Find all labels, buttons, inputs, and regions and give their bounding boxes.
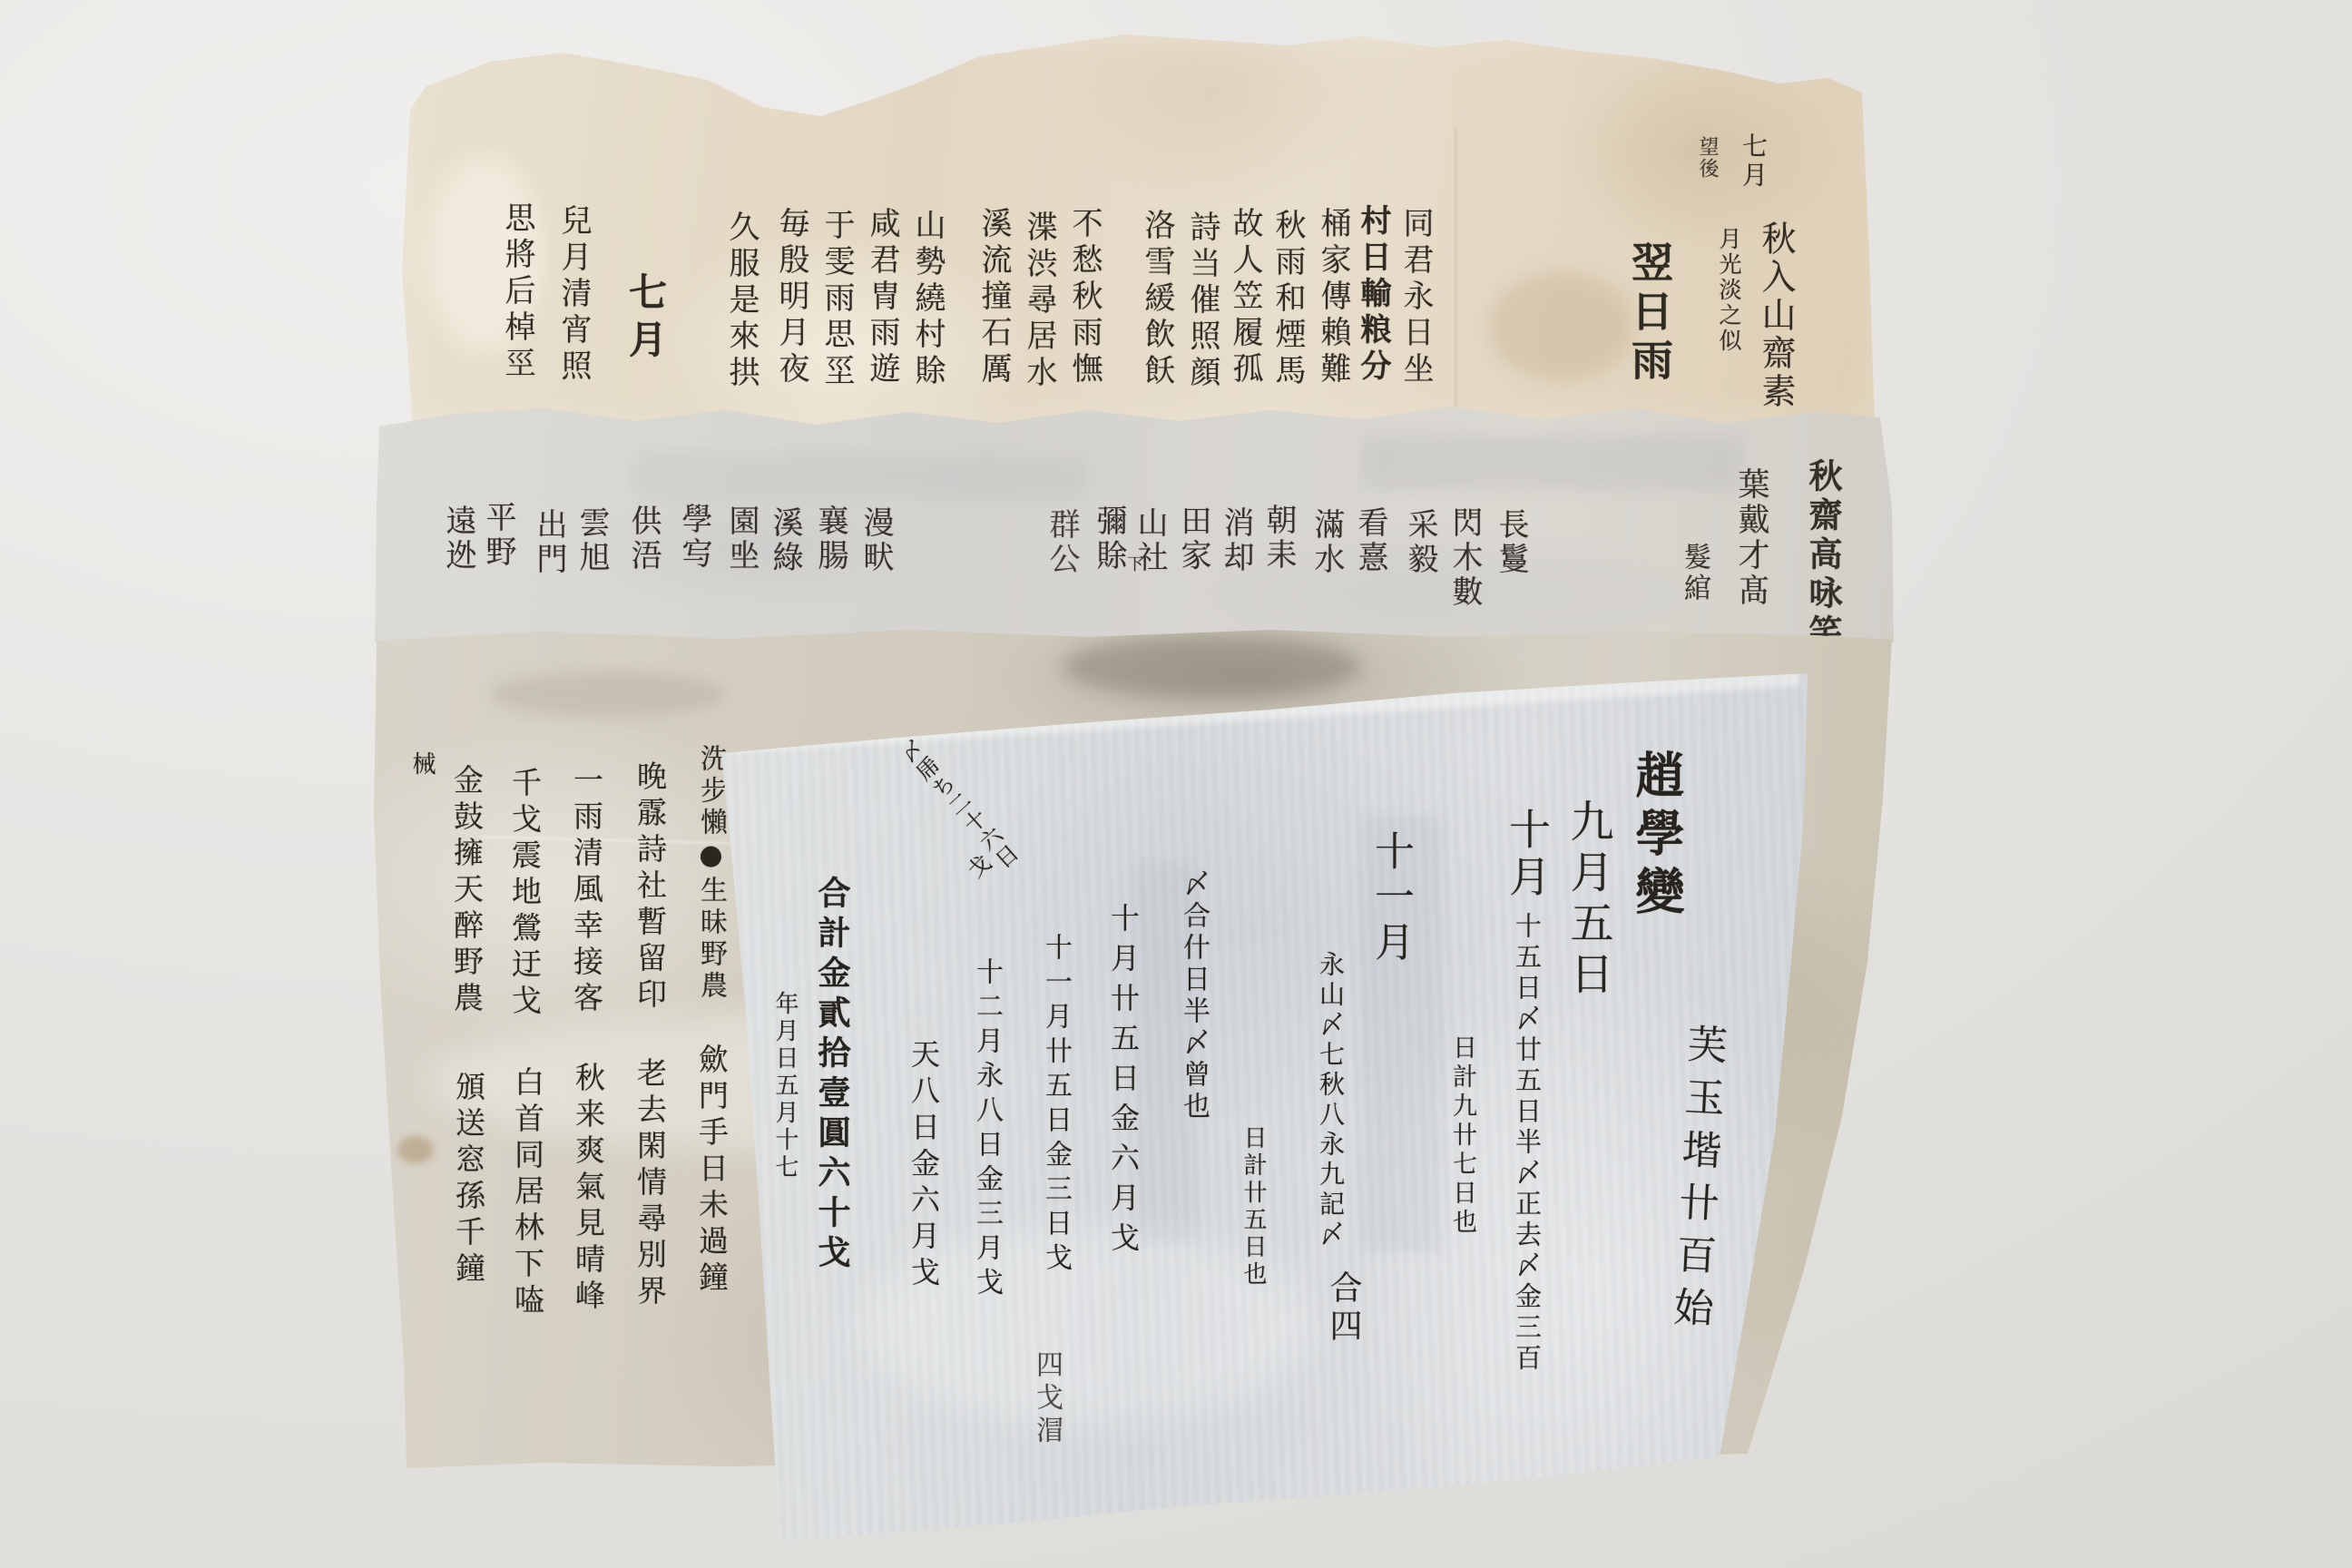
manuscript-sheet-a: 七月 望後 秋入山齋素 月光淡之似 翌日雨 同君永日坐 村日輸粮分 桶家傳賴難 … bbox=[402, 33, 1877, 428]
hanja-column: 洗步懶●生昧野農 bbox=[697, 744, 724, 1003]
hanja-column: 渫渋尋居水 bbox=[1024, 211, 1054, 392]
diagonal-annotation: 〆乕ち二十六日 bbox=[895, 737, 1022, 874]
hanja-column: 思將后棹巠 bbox=[502, 201, 533, 383]
hanja-column: 毎殷明月夜 bbox=[776, 207, 807, 388]
hanja-column: 彌賖 bbox=[1093, 505, 1124, 573]
hanja-column: 于雯雨思坙 bbox=[821, 209, 852, 390]
ledger-signature: 四戈㴘 bbox=[1033, 1350, 1060, 1448]
hanja-column: 滿水 bbox=[1311, 508, 1342, 577]
ledger-column: 年月日五月十七 bbox=[773, 991, 797, 1181]
hanja-column: 襄腸 bbox=[815, 505, 846, 573]
ledger-column: 十二月永八日金三月戈 bbox=[973, 957, 1000, 1302]
ink-showthrough bbox=[1361, 436, 1742, 490]
hanja-column: 閃木數 bbox=[1449, 506, 1480, 610]
hanja-column: 髮綰 bbox=[1681, 543, 1708, 604]
hanja-column: 遠迯 bbox=[443, 505, 474, 573]
hanja-column: 頒送窓孫千鐘 bbox=[454, 1071, 484, 1289]
hanja-column: 供浯 bbox=[628, 505, 659, 573]
ledger-column: 合四 bbox=[1327, 1270, 1359, 1347]
hanja-column: 翌日雨 bbox=[1629, 240, 1671, 387]
hanja-column: 秋来爽氣見晴峰 bbox=[573, 1062, 603, 1316]
ledger-column: 十五日〆廿五日半〆正去〆金三百 bbox=[1514, 912, 1540, 1375]
hanja-column: 兒月清宵照 bbox=[558, 204, 589, 386]
hanja-column: 洛雪緩飲飫 bbox=[1142, 209, 1172, 390]
fiber-tuft bbox=[747, 42, 828, 87]
ledger-date-column: 九月五日 bbox=[1566, 799, 1610, 1002]
hanja-column: 故人笠履孤 bbox=[1230, 207, 1260, 388]
ledger-column: 芙玉堦卄百始 bbox=[1668, 1023, 1724, 1340]
hanja-column: 晚霡詩社暫留印 bbox=[635, 760, 665, 1014]
ink-showthrough bbox=[635, 454, 1089, 499]
hanja-column: 園㘴 bbox=[726, 505, 757, 573]
manuscript-sheet-d: 趙學變 芙玉堦卄百始 九月五日 十月 十五日〆廿五日半〆正去〆金三百 日計九卄七… bbox=[721, 670, 1815, 1545]
hanja-column: 山勢繞村賖 bbox=[912, 209, 943, 390]
hanja-column: 朝耒 bbox=[1263, 504, 1294, 573]
ledger-column: 日計九卄七日也 bbox=[1450, 1034, 1475, 1238]
hanja-column: 久服是來拱 bbox=[726, 211, 757, 392]
hanja-column: 田家 bbox=[1178, 505, 1209, 573]
hanja-column: 溪綠 bbox=[769, 506, 800, 575]
hanja-column: 月光淡之似 bbox=[1718, 227, 1740, 354]
ledger-column: 永山〆七秋八永九記〆 bbox=[1318, 951, 1343, 1250]
hanja-annotation: 械 bbox=[410, 751, 434, 781]
hanja-annotation: 下 bbox=[1125, 555, 1142, 573]
hanja-column: 消却 bbox=[1220, 506, 1251, 575]
hanja-column: 歛門手日未過鐘 bbox=[697, 1044, 727, 1298]
hanja-column: 看憙 bbox=[1355, 506, 1386, 575]
hanja-column: 一雨清風幸接客 bbox=[572, 764, 602, 1018]
hanja-column: 雲旭 bbox=[576, 506, 607, 575]
hanja-column: 學㝍 bbox=[679, 503, 710, 572]
manuscript-sheet-b: 秋齋高咏笑 葉戴才髙 髮綰 長鬘 閃木數 采毅 看憙 滿水 朝耒 消却 田家 山… bbox=[375, 405, 1894, 642]
hanja-column: 桶家傳賴難 bbox=[1318, 207, 1348, 388]
hanja-column: 同君永日坐 bbox=[1400, 207, 1431, 388]
hanja-column: 白首同居林下㗐 bbox=[513, 1066, 543, 1320]
ledger-column: 天八日金六月戈 bbox=[909, 1039, 938, 1293]
ledger-column: 〆合什日半〆曾也 bbox=[1180, 869, 1207, 1123]
hanja-column: 七月 bbox=[1740, 132, 1766, 191]
hanja-column: 群公 bbox=[1046, 508, 1077, 577]
hanja-column: 平野 bbox=[483, 501, 514, 570]
paper-smudge bbox=[490, 671, 726, 717]
hanja-column: 不愁秋雨憮 bbox=[1069, 207, 1100, 388]
ledger-column: 日計卄五日也 bbox=[1241, 1125, 1265, 1289]
ledger-date-column: 十月 bbox=[1506, 808, 1548, 902]
hanja-column: 溪流撞石厲 bbox=[978, 207, 1009, 388]
ledger-date-column: 十一月 bbox=[1370, 830, 1410, 966]
hanja-column: 村日輸粮分 bbox=[1357, 204, 1388, 386]
manuscript-photo: 七月 望後 秋入山齋素 月光淡之似 翌日雨 同君永日坐 村日輸粮分 桶家傳賴難 … bbox=[0, 0, 2352, 1568]
ledger-column: 十月卄五日金六月戈 bbox=[1109, 903, 1138, 1262]
hanja-column: 秋入山齋素 bbox=[1759, 220, 1793, 411]
hanja-column: 漫畎 bbox=[860, 506, 891, 575]
hanja-column: 葉戴才髙 bbox=[1735, 467, 1767, 609]
hanja-column: 長鬘 bbox=[1495, 508, 1526, 577]
hanja-column: 千戈震地鶯迂戈 bbox=[510, 767, 540, 1021]
brown-stain bbox=[397, 1136, 434, 1163]
dark-smudge bbox=[1062, 635, 1361, 699]
hanja-column-title: 秋齋高咏笑 bbox=[1806, 458, 1839, 653]
ledger-total-column: 合計金貳拾壹圓六十戈 bbox=[815, 876, 848, 1275]
hanja-column: 望後 bbox=[1697, 136, 1717, 180]
hanja-column: 咸君冑雨遊 bbox=[867, 207, 897, 388]
hanja-column: 秋雨和煙馬 bbox=[1272, 209, 1303, 390]
paper-stain bbox=[1488, 272, 1633, 381]
ledger-name-column: 趙學變 bbox=[1632, 750, 1681, 924]
hanja-column-heading: 七月 bbox=[626, 272, 664, 367]
hanja-column: 詩当催照顔 bbox=[1187, 211, 1218, 392]
hanja-column: 老去閑情尋別界 bbox=[635, 1057, 665, 1311]
ledger-column: 十一月卄五日金三日戈 bbox=[1042, 933, 1069, 1278]
fold-crease bbox=[1455, 127, 1457, 436]
hanja-column: 金鼓擁天醉野農 bbox=[452, 764, 482, 1018]
hanja-column: 采毅 bbox=[1405, 508, 1436, 577]
hanja-column: 出門 bbox=[534, 508, 564, 577]
